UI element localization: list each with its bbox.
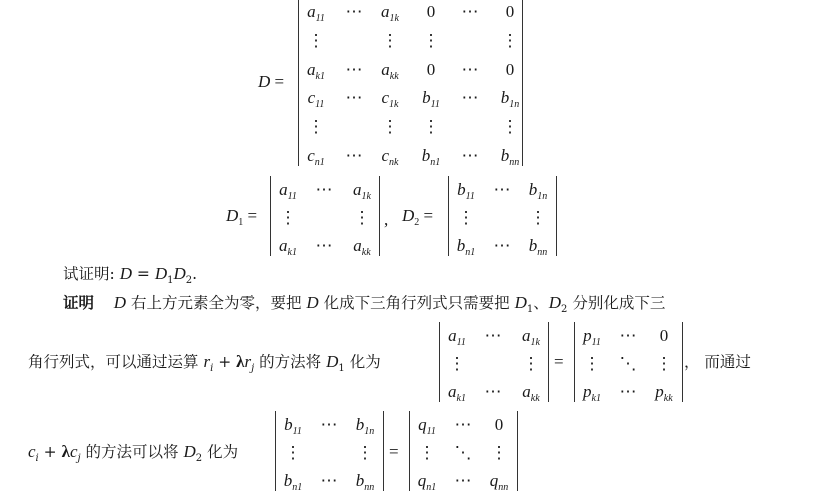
matrix-cell: ⋮ [572,354,612,374]
matrix-cell: ⋮ [296,117,336,137]
matrix-cell: cnk [370,146,410,166]
matrix-cell: a1k [370,2,410,22]
comma: , [384,210,388,230]
matrix-cell: qnn [479,471,519,491]
matrix-cell: 0 [490,2,530,22]
matrix-cell: akk [370,60,410,80]
matrix-cell: ⋮ [644,354,684,374]
matrix-cell: akk [342,236,382,256]
matrix-cell: ⋮ [411,31,451,51]
matrix-cell: ⋯ [608,326,648,346]
matrix-cell: ⋮ [518,208,558,228]
matrix-cell: ⋯ [443,415,483,435]
D2-label: D2 = [402,206,433,226]
matrix-cell: ⋯ [450,60,490,80]
matrix-cell: b11 [446,180,486,200]
matrix-cell: qn1 [407,471,447,491]
matrix-cell: bnn [518,236,558,256]
matrix-cell: ⋯ [334,88,374,108]
matrix-cell: ⋯ [608,382,648,402]
matrix-cell: pkk [644,382,684,402]
matrix-cell: 0 [644,326,684,346]
matrix-cell: ⋮ [370,31,410,51]
matrix-cell: b1n [518,180,558,200]
matrix-cell: 0 [411,60,451,80]
matrix-cell: b11 [273,415,313,435]
matrix-cell: ⋮ [479,443,519,463]
matrix-cell: ⋮ [268,208,308,228]
matrix-cell: ⋮ [273,443,313,463]
matrix-cell: ⋯ [443,471,483,491]
matrix-cell: akk [511,382,551,402]
matrix-cell: a11 [296,2,336,22]
matrix-cell: pk1 [572,382,612,402]
proof-label: 证明 [63,294,94,312]
matrix-cell: ak1 [437,382,477,402]
proof-line-2-tail: ， 而通过 [684,352,751,372]
D-label: D = [258,72,284,92]
matrix-cell: ⋯ [450,146,490,166]
matrix-cell: ⋮ [446,208,486,228]
problem-statement: 试证明: D = D1D2. [63,264,197,284]
matrix-cell: a1k [511,326,551,346]
matrix-cell: ⋮ [342,208,382,228]
matrix-cell: ⋯ [309,471,349,491]
matrix-cell: ⋱ [608,354,648,374]
matrix-cell: ⋯ [309,415,349,435]
matrix-cell: 0 [490,60,530,80]
matrix-cell: 0 [479,415,519,435]
matrix-cell: ⋮ [490,117,530,137]
matrix-cell: ⋯ [304,180,344,200]
matrix-cell: ⋯ [334,60,374,80]
matrix-cell: ⋮ [411,117,451,137]
matrix-cell: ⋯ [482,180,522,200]
matrix-cell: c1k [370,88,410,108]
matrix-cell: ⋮ [345,443,385,463]
matrix-cell: ak1 [268,236,308,256]
matrix-cell: ⋮ [437,354,477,374]
matrix-cell: ⋯ [473,326,513,346]
matrix-cell: ⋮ [407,443,447,463]
matrix-cell: ⋯ [334,146,374,166]
matrix-cell: ⋮ [490,31,530,51]
matrix-cell: ⋯ [334,2,374,22]
matrix-cell: bn1 [446,236,486,256]
matrix-cell: b1n [490,88,530,108]
matrix-cell: cn1 [296,146,336,166]
matrix-cell: ⋯ [450,2,490,22]
matrix-cell: ⋱ [443,443,483,463]
matrix-cell: ⋯ [450,88,490,108]
determinant-D [298,0,523,166]
matrix-cell: a11 [268,180,308,200]
matrix-cell: bnn [345,471,385,491]
equals-sign-2: = [389,442,399,462]
matrix-cell: a11 [437,326,477,346]
proof-line-3: ci + λcj 的方法可以将 D2 化为 [28,442,238,462]
matrix-cell: ⋯ [473,382,513,402]
matrix-cell: q11 [407,415,447,435]
matrix-cell: b11 [411,88,451,108]
matrix-cell: bn1 [411,146,451,166]
matrix-cell: b1n [345,415,385,435]
matrix-cell: ⋮ [370,117,410,137]
matrix-cell: bnn [490,146,530,166]
matrix-cell: ⋯ [482,236,522,256]
matrix-cell: bn1 [273,471,313,491]
matrix-cell: c11 [296,88,336,108]
matrix-cell: 0 [411,2,451,22]
proof-line-1: 证明 D 右上方元素全为零，要把 D 化成下三角行列式只需要把 D1、D2 分别… [63,293,665,313]
matrix-cell: ⋯ [304,236,344,256]
D1-label: D1 = [226,206,257,226]
matrix-cell: ak1 [296,60,336,80]
matrix-cell: a1k [342,180,382,200]
matrix-cell: ⋮ [511,354,551,374]
matrix-cell: ⋮ [296,31,336,51]
matrix-cell: p11 [572,326,612,346]
proof-line-2: 角行列式，可以通过运算 ri + λrj 的方法将 D1 化为 [28,352,381,372]
equals-sign: = [554,352,564,372]
